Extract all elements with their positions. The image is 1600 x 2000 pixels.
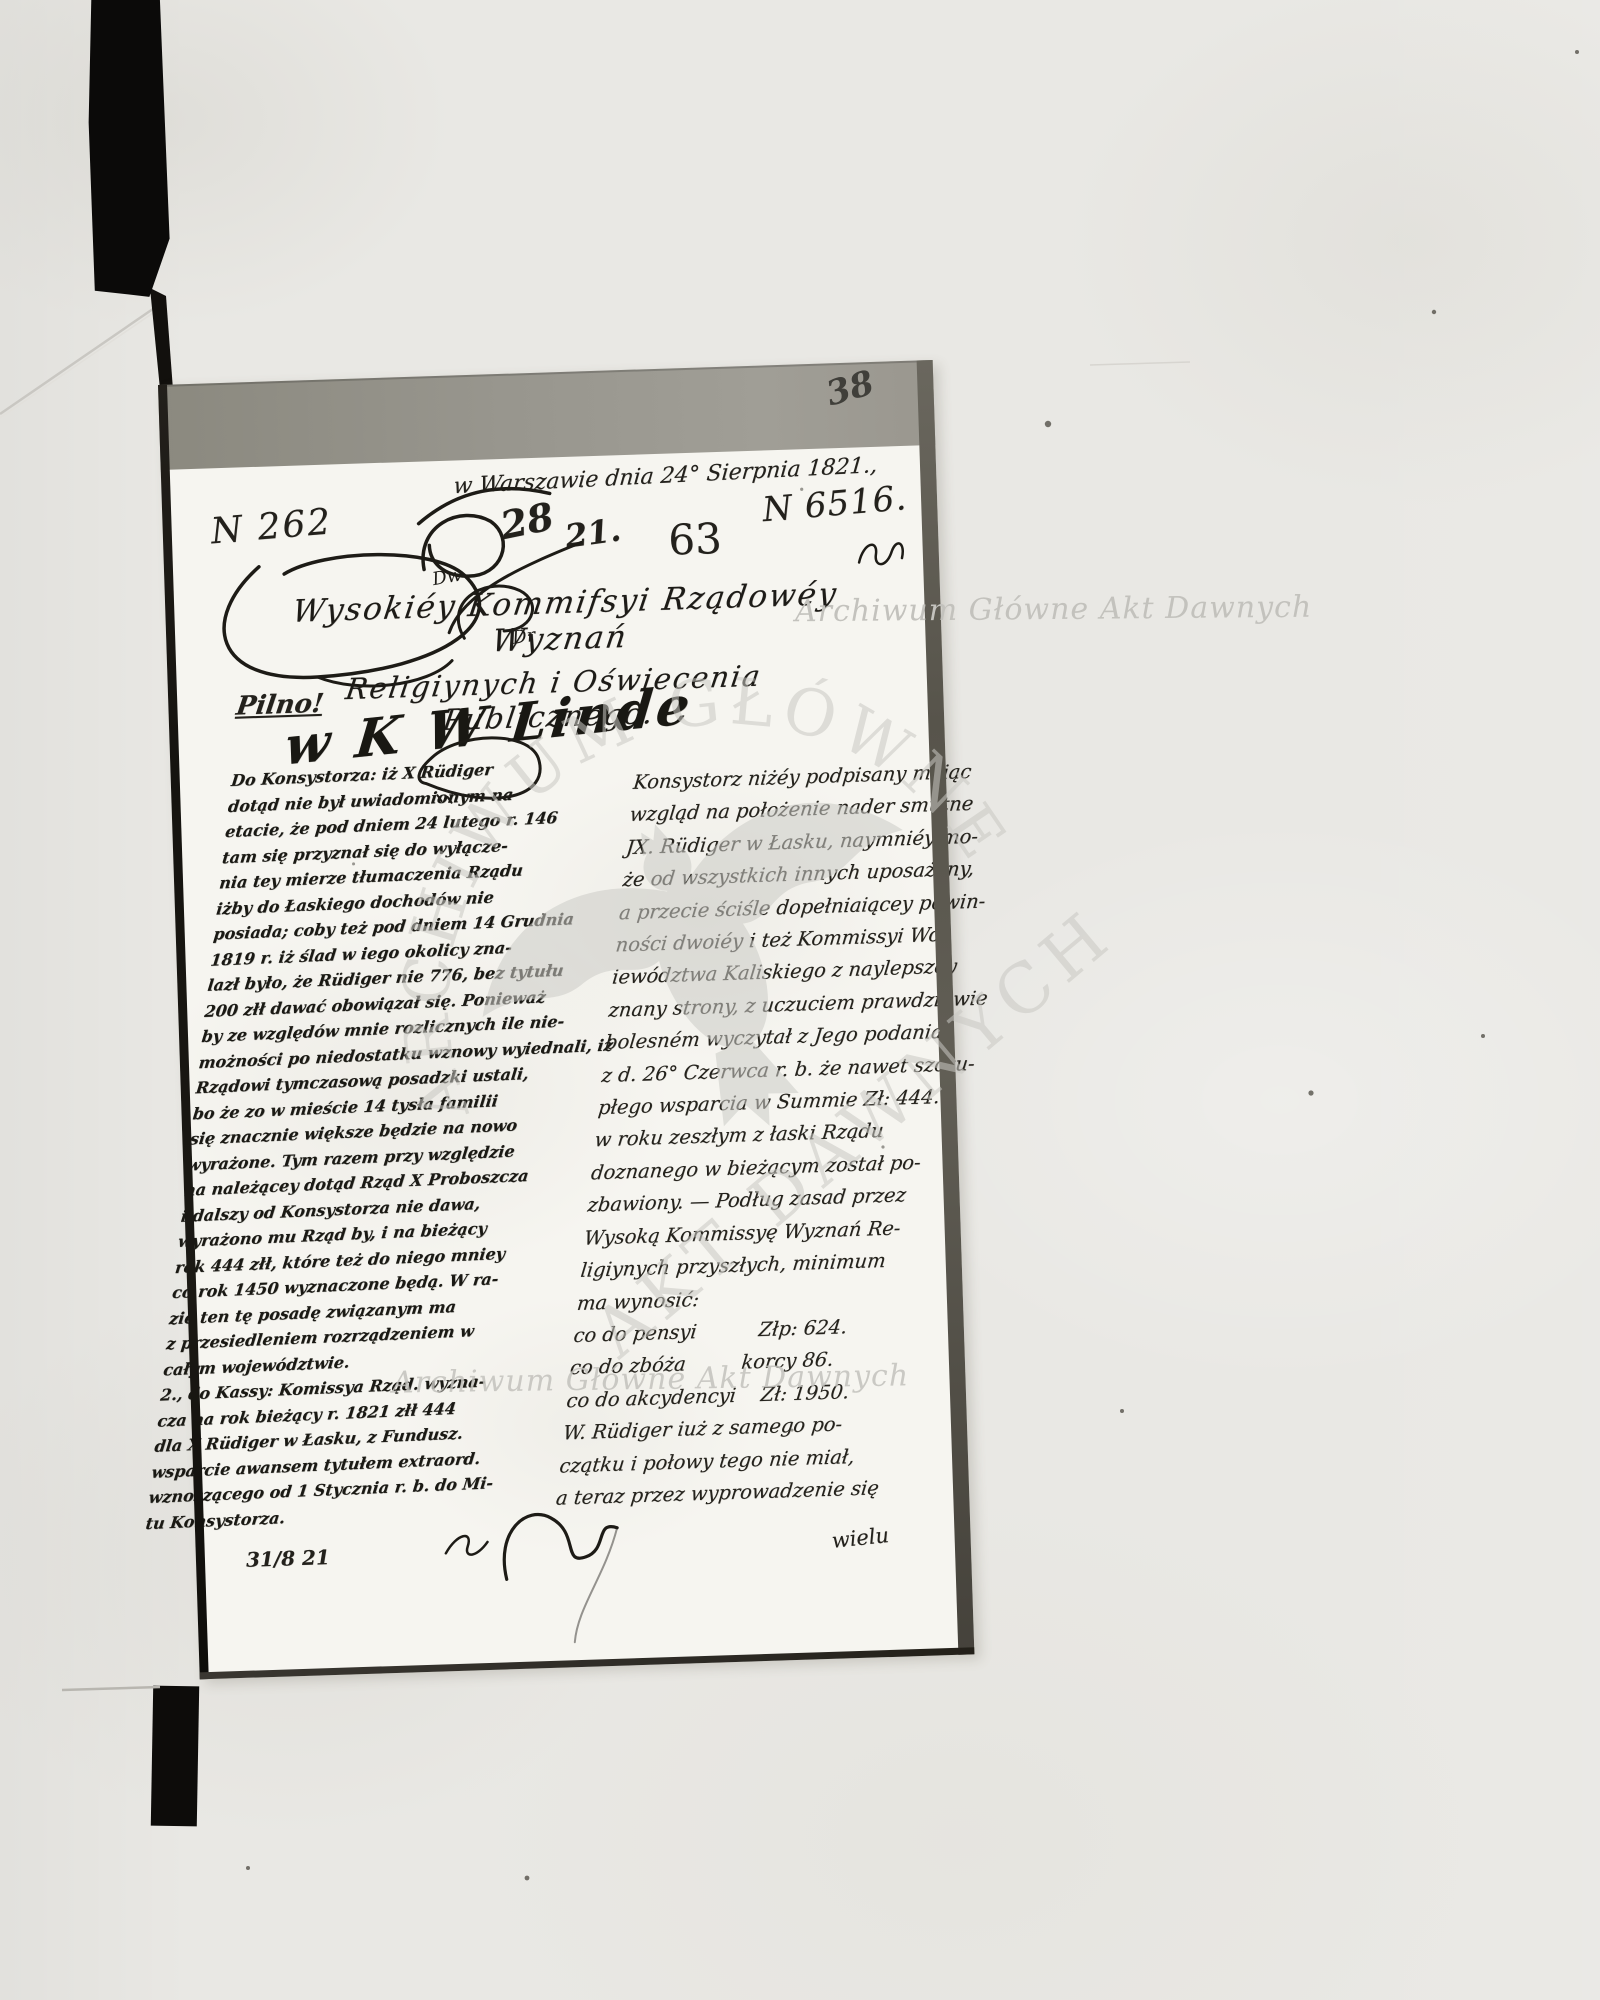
archival-photo: { "photo": { "corner_number": "38", "wat… — [0, 0, 1600, 2000]
catchword: wielu — [831, 1523, 891, 1553]
document-number: N 6516. — [761, 478, 909, 530]
addressee-line-1: Wysokiéy Kommifsyi Rządowéy Wyznań — [248, 575, 878, 667]
signature-tail — [571, 1528, 621, 1642]
registry-day-mark: 28 — [497, 493, 558, 548]
big-signature-paraph — [503, 1512, 619, 1579]
corner-folio-number: 38 — [822, 363, 878, 414]
registry-year-mark: 21. — [563, 510, 623, 555]
small-signature — [445, 1535, 488, 1555]
reference-number: N 262 — [209, 501, 334, 552]
under-mark-squiggle — [859, 543, 904, 565]
bottom-black-bar — [151, 1686, 199, 1827]
registry-initials-a: Dw — [431, 564, 464, 590]
crease-line — [0, 300, 166, 414]
folio-number: 63 — [667, 514, 722, 565]
scratch-line — [1090, 362, 1190, 365]
crease-highlight — [0, 304, 166, 418]
scan-gap-shadow — [86, 0, 174, 306]
letter-sheet: N 262 w Warszawie dnia 24° Sierpnia 1821… — [161, 445, 975, 1679]
document-page: 38 N 262 — [158, 360, 974, 1679]
bottom-fold-line — [62, 1687, 160, 1690]
left-margin-date: 31/8 21 — [246, 1545, 331, 1572]
